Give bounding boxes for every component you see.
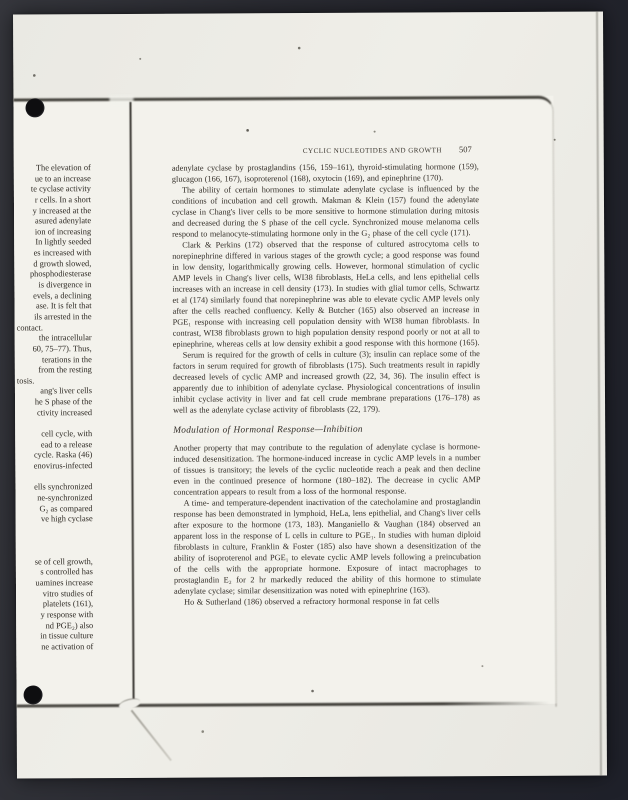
page-number: 507 — [459, 144, 472, 154]
left-page-line: ells synchronized — [15, 482, 92, 493]
left-page-line: vitro studies of — [16, 589, 93, 600]
left-page-line: ead to a release — [15, 440, 92, 451]
book-page: CYCLIC NUCLEOTIDES AND GROWTH 507 adenyl… — [172, 144, 481, 608]
page-body: adenylate cyclase by prostaglandins (156… — [172, 161, 481, 608]
left-page-line: terations in the — [15, 355, 92, 366]
punch-hole-top — [25, 98, 44, 117]
left-page-line: es increased with — [14, 248, 91, 259]
left-page-line: the intracellular — [15, 333, 92, 344]
left-page-line: evels, a declining — [14, 291, 91, 302]
left-page-line: he S phase of the — [15, 397, 92, 408]
left-page-line: is divergence in — [14, 280, 91, 291]
paper-edge-shadow — [596, 11, 602, 775]
left-page-line — [15, 419, 92, 430]
left-page-line: cell cycle, with — [15, 429, 92, 440]
left-page-line: In lightly seeded — [14, 238, 91, 249]
left-page-line: contact. — [15, 323, 92, 334]
photocopy-paper: The elevation ofue to an increasete cycl… — [13, 11, 607, 778]
paragraph: Modulation of Hormonal Response—Inhibiti… — [173, 423, 480, 437]
left-page-line: G₂ as compared — [16, 504, 93, 515]
left-page-line: r cells. In a short — [14, 195, 91, 206]
left-page-line: ase. It is felt that — [15, 301, 92, 312]
left-page-fragment: The elevation ofue to an increasete cycl… — [14, 163, 94, 653]
left-page-line: ang's liver cells — [15, 387, 92, 398]
left-page-line: enovirus-infected — [15, 461, 92, 472]
left-page-line: ils arrested in the — [15, 312, 92, 323]
left-page-line: d growth slowed, — [14, 259, 91, 270]
left-page-line: nd PGE₂) also — [16, 621, 93, 632]
dust-specks — [13, 15, 15, 17]
left-page-line: cycle. Raska (46) — [15, 450, 92, 461]
left-page-line: from the resting — [15, 365, 92, 376]
paragraph: adenylate cyclase by prostaglandins (156… — [172, 161, 479, 185]
left-page-line — [16, 546, 93, 557]
left-page-line: ion of increasing — [14, 227, 91, 238]
left-page-line — [16, 536, 93, 547]
left-page-line: s controlled has — [16, 567, 93, 578]
left-page-line: ve high cyclase — [16, 514, 93, 525]
paragraph: A time- and temperature-dependent inacti… — [174, 496, 482, 597]
left-page-line — [16, 525, 93, 536]
left-page-line: y response with — [16, 610, 93, 621]
paragraph: Another property that may contribute to … — [173, 441, 480, 498]
running-head: CYCLIC NUCLEOTIDES AND GROWTH 507 — [172, 144, 479, 158]
left-page-line: phosphodiesterase — [14, 270, 91, 281]
left-page-line — [15, 472, 92, 483]
left-page-line: ctivity increased — [15, 408, 92, 419]
left-page-line: uamines increase — [16, 578, 93, 589]
left-page-line: y increased at the — [14, 206, 91, 217]
left-page-line: asured adenylate — [14, 216, 91, 227]
running-head-title: CYCLIC NUCLEOTIDES AND GROWTH — [303, 146, 442, 155]
left-page-line: te cyclase activity — [14, 184, 91, 195]
left-page-line: 60, 75–77). Thus, — [15, 344, 92, 355]
punch-hole-bottom — [24, 685, 43, 704]
crease-line — [131, 710, 172, 761]
paragraph: Serum is required for the growth of cell… — [173, 348, 480, 416]
paragraph: Ho & Sutherland (186) observed a refract… — [174, 595, 481, 608]
left-page-line: in tissue culture — [16, 631, 93, 642]
left-page-line: tosis. — [15, 376, 92, 387]
left-page-line: ue to an increase — [14, 174, 91, 185]
left-page-line: ne-synchronized — [16, 493, 93, 504]
left-page-line: The elevation of — [14, 163, 91, 174]
paragraph: The ability of certain hormones to stimu… — [172, 183, 479, 240]
paragraph: Clark & Perkins (172) observed that the … — [172, 238, 480, 350]
left-page-line: ne activation of — [16, 642, 93, 653]
left-page-line: platelets (161), — [16, 599, 93, 610]
left-page-line: se of cell growth, — [16, 557, 93, 568]
